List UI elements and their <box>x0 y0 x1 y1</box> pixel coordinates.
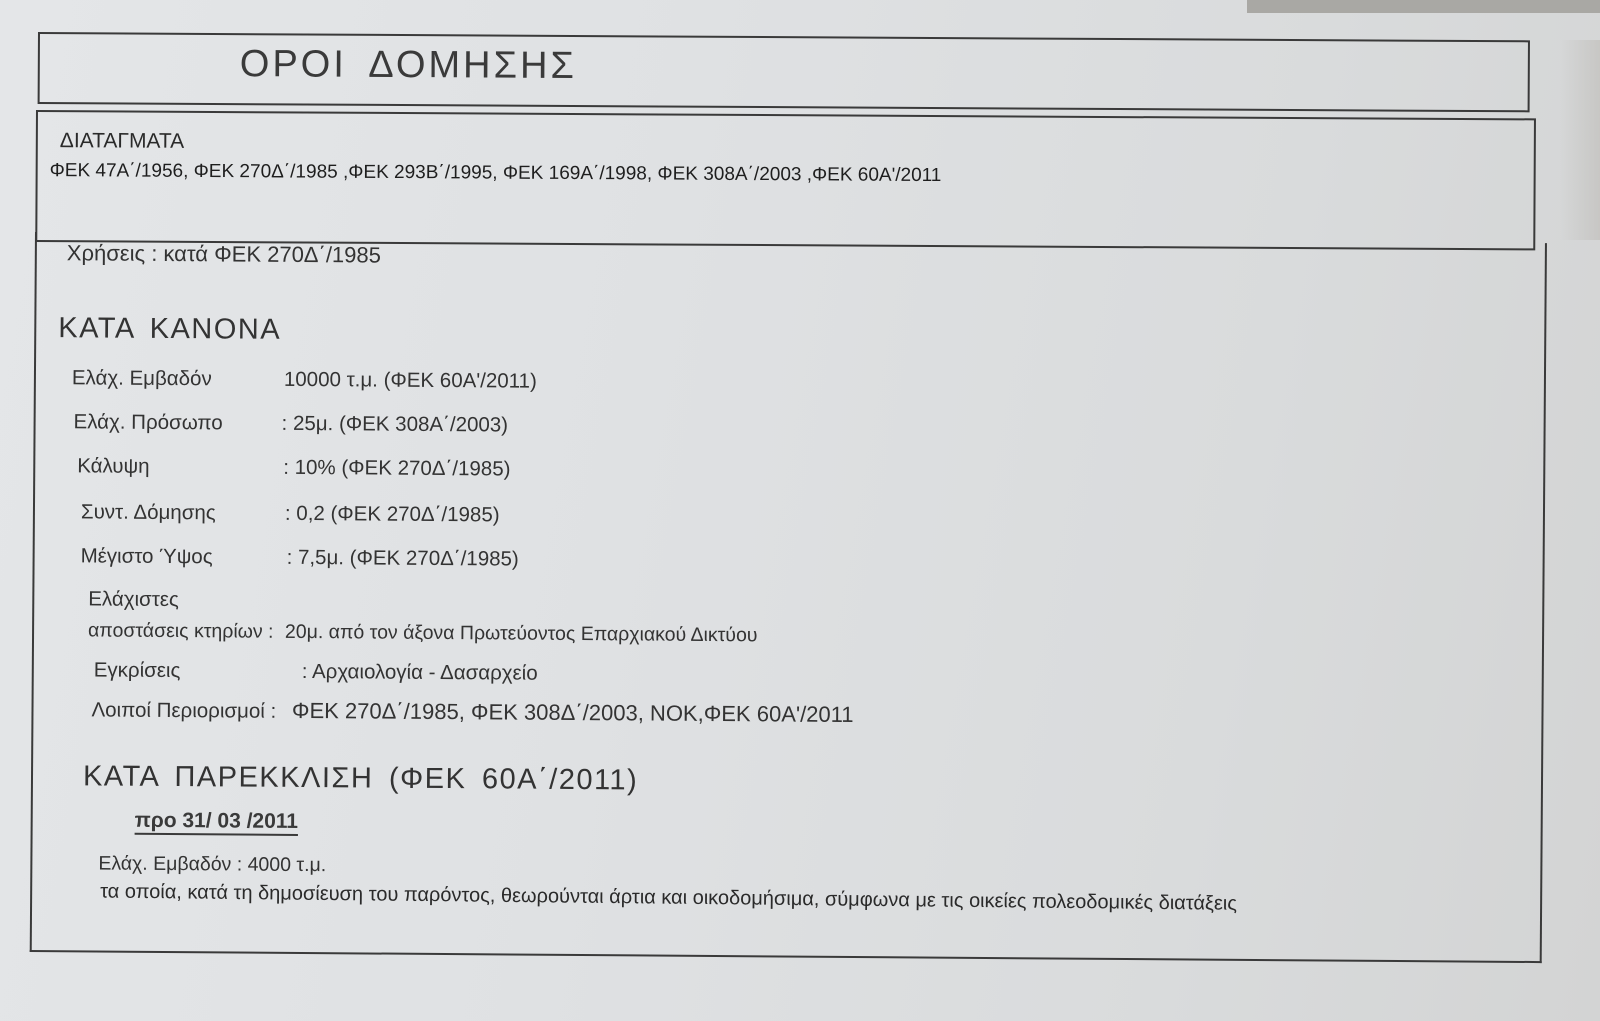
min-distances-label-line1: Ελάχιστες <box>88 587 179 612</box>
exception-note: τα οποία, κατά τη δημοσίευση του παρόντο… <box>100 880 1237 915</box>
term-label: αποστάσεις κτηρίων : <box>88 619 274 643</box>
term-value: : 10% (ΦΕΚ 270Δ΄/1985) <box>283 456 510 482</box>
building-terms-box: Χρήσεις : κατά ΦΕΚ 270Δ΄/1985 ΚΑΤΑ ΚΑΝΟΝ… <box>30 232 1547 963</box>
term-value: : 0,2 (ΦΕΚ 270Δ΄/1985) <box>285 502 500 528</box>
term-label: Συντ. Δόμησης <box>81 500 216 525</box>
term-row-approvals: Εγκρίσεις : Αρχαιολογία - Δασαρχείο <box>94 658 181 683</box>
term-row-max-height: Μέγιστο Ύψος : 7,5μ. (ΦΕΚ 270Δ΄/1985) <box>81 544 213 569</box>
term-row-min-distances: αποστάσεις κτηρίων : 20μ. από τον άξονα … <box>88 619 758 647</box>
term-value: : 7,5μ. (ΦΕΚ 270Δ΄/1985) <box>287 546 519 572</box>
term-row-min-area: Ελάχ. Εμβαδόν 10000 τ.μ. (ΦΕΚ 60Α'/2011) <box>72 366 212 391</box>
term-label: Εγκρίσεις <box>94 658 181 683</box>
decrees-label: ΔΙΑΤΑΓΜΑΤΑ <box>60 129 185 154</box>
title-box: ΟΡΟΙ ΔΟΜΗΣΗΣ <box>38 32 1530 112</box>
term-label: Ελάχ. Πρόσωπο <box>74 410 223 435</box>
term-value: 10000 τ.μ. (ΦΕΚ 60Α'/2011) <box>284 368 537 394</box>
section-heading-kata-parekklisi: ΚΑΤΑ ΠΑΡΕΚΚΛΙΣΗ (ΦΕΚ 60Α΄/2011) <box>83 760 639 797</box>
decrees-list: ΦΕΚ 47Α΄/1956, ΦΕΚ 270Δ΄/1985 ,ΦΕΚ 293Β΄… <box>50 160 942 187</box>
decrees-box: ΔΙΑΤΑΓΜΑΤΑ ΦΕΚ 47Α΄/1956, ΦΕΚ 270Δ΄/1985… <box>35 110 1536 250</box>
term-label: Λοιποί Περιορισμοί : <box>91 698 276 723</box>
uses-line: Χρήσεις : κατά ΦΕΚ 270Δ΄/1985 <box>67 240 381 268</box>
term-row-min-frontage: Ελάχ. Πρόσωπο : 25μ. (ΦΕΚ 308Α΄/2003) <box>74 410 223 435</box>
term-row-coverage: Κάλυψη : 10% (ΦΕΚ 270Δ΄/1985) <box>77 454 149 479</box>
term-row-other-restrictions: Λοιποί Περιορισμοί : ΦΕΚ 270Δ΄/1985, ΦΕΚ… <box>91 696 853 728</box>
exception-min-area: Ελάχ. Εμβαδόν : 4000 τ.μ. <box>98 852 326 877</box>
background-strip <box>1247 0 1600 13</box>
date-subheading: προ 31/ 03 /2011 <box>135 809 299 834</box>
term-label: Μέγιστο Ύψος <box>81 544 213 569</box>
page-title: ΟΡΟΙ ΔΟΜΗΣΗΣ <box>240 43 577 88</box>
term-label: Κάλυψη <box>77 454 149 479</box>
term-label: Ελάχ. Εμβαδόν <box>72 366 212 391</box>
term-value: : Αρχαιολογία - Δασαρχείο <box>302 660 538 686</box>
term-value: : 25μ. (ΦΕΚ 308Α΄/2003) <box>282 412 509 438</box>
term-value: 20μ. από τον άξονα Πρωτεύοντος Επαρχιακο… <box>285 621 758 646</box>
term-row-building-coefficient: Συντ. Δόμησης : 0,2 (ΦΕΚ 270Δ΄/1985) <box>81 500 216 525</box>
paper-shadow <box>1560 40 1600 240</box>
section-heading-kata-kanona: ΚΑΤΑ ΚΑΝΟΝΑ <box>58 312 281 347</box>
term-value: ΦΕΚ 270Δ΄/1985, ΦΕΚ 308Δ΄/2003, ΝΟΚ,ΦΕΚ … <box>292 698 854 727</box>
